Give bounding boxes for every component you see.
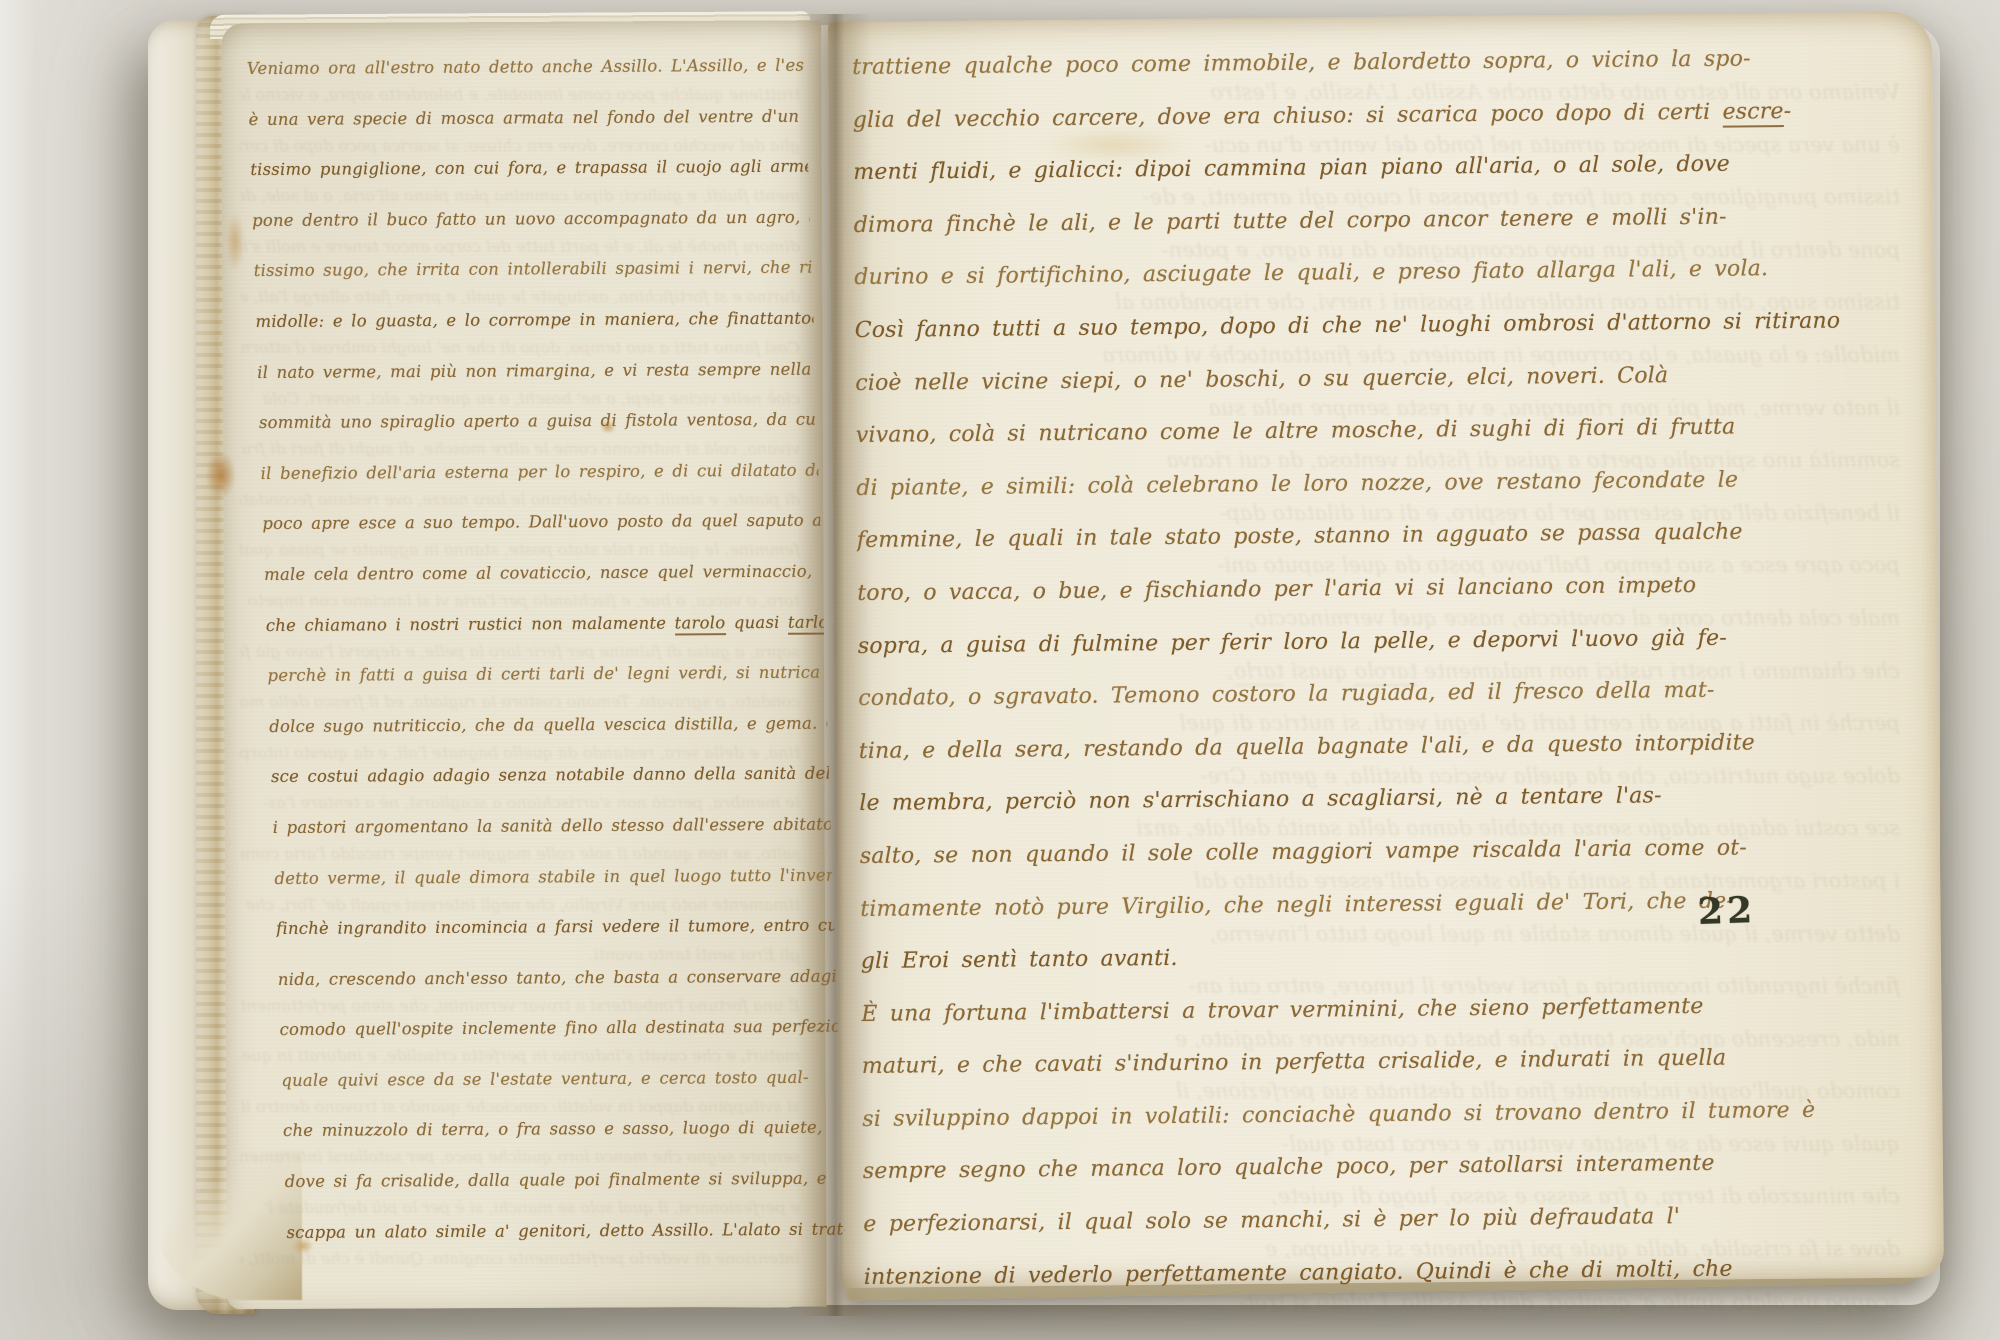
right-page-text: trattiene qualche poco come immobile, e … <box>852 32 1922 1302</box>
manuscript-line: il benefizio dell'aria esterna per lo re… <box>260 445 820 499</box>
page-number: 22 <box>1697 889 1757 933</box>
manuscript-line: che chiamano i nostri rustici non malame… <box>265 597 825 651</box>
manuscript-line: Così fanno tutti a suo tempo, dopo di ch… <box>855 295 1913 358</box>
manuscript-line: comodo quell'ospite inclemente fino alla… <box>279 1002 839 1056</box>
manuscript-line: detto verme, il quale dimora stabile in … <box>274 850 834 904</box>
manuscript-photo: { "document": { "kind": "handwritten man… <box>0 0 2000 1340</box>
manuscript-line: tissimo sugo, che irrita con intollerabi… <box>253 243 813 297</box>
manuscript-line: finchè ingrandito incomincia a farsi ved… <box>275 901 835 955</box>
manuscript-line: il nato verme, mai più non rimargina, e … <box>256 344 816 398</box>
manuscript-line: nida, crescendo anch'esso tanto, che bas… <box>277 951 837 1005</box>
manuscript-line: Veniamo ora all'estro nato detto anche A… <box>246 41 806 95</box>
manuscript-line: sommità uno spiraglio aperto a guisa di … <box>258 395 818 449</box>
manuscript-line: poco apre esce a suo tempo. Dall'uovo po… <box>262 496 822 550</box>
manuscript-line: tissimo pungiglione, con cui fora, e tra… <box>249 142 809 196</box>
manuscript-line: male cela dentro come al covaticcio, nas… <box>263 547 823 601</box>
manuscript-line: intenzione di vederlo perfettamente cang… <box>864 1241 1922 1304</box>
manuscript-line: è una vera specie di mosca armata nel fo… <box>248 91 808 145</box>
manuscript-line: sce costui adagio adagio senza notabile … <box>270 749 830 803</box>
manuscript-line: perchè in fatti a guisa di certi tarli d… <box>267 648 827 702</box>
manuscript-line: dove si fa crisalide, dalla quale poi fi… <box>284 1154 844 1208</box>
manuscript-line: pone dentro il buco fatto un uovo accomp… <box>251 192 811 246</box>
manuscript-line: i pastori argomentano la sanità dello st… <box>272 799 832 853</box>
manuscript-line: che minuzzolo di terra, o fra sasso e sa… <box>282 1103 842 1157</box>
manuscript-line: glia del vecchio carcere, dove era chius… <box>853 84 1911 147</box>
manuscript-line: quale quivi esce da se l'estate ventura,… <box>280 1052 840 1106</box>
manuscript-line: si sviluppino dappoi in volatili: concia… <box>862 1084 1920 1147</box>
left-page-text: Veniamo ora all'estro nato detto anche A… <box>246 41 846 1294</box>
manuscript-line: scappa un alato simile a' genitori, dett… <box>286 1204 846 1258</box>
manuscript-line: midolle: e lo guasta, e lo corrompe in m… <box>255 294 815 348</box>
manuscript-line: dolce sugo nutriticcio, che da quella ve… <box>268 698 828 752</box>
